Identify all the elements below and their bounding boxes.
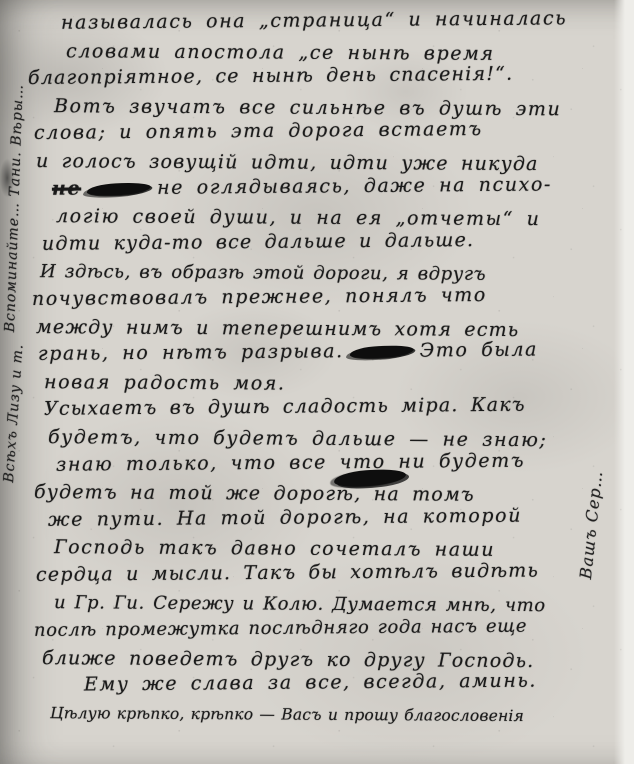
line-continuation: Это была xyxy=(420,339,539,362)
handwritten-line-redacted: нене оглядываясь, даже на психо- xyxy=(26,170,612,203)
handwritten-line: послѣ промежутка послѣдняго года насъ ещ… xyxy=(26,612,612,645)
line-text: грань, но нѣтъ разрыва. xyxy=(38,340,344,365)
handwritten-line: Усыхаетъ въ душѣ сладость міра. Какъ xyxy=(26,391,612,424)
handwritten-line: называлась она „страница“ и начиналась xyxy=(26,5,612,38)
ink-blot xyxy=(85,181,153,196)
marginalia-left-bottom: Всѣхъ Лизу и т. xyxy=(1,362,25,483)
handwritten-line: идти куда-то все дальше и дальше. xyxy=(26,226,612,259)
struck-word: не xyxy=(52,177,81,199)
handwritten-line-redacted: грань, но нѣтъ разрыва.Это была xyxy=(26,336,612,369)
handwritten-line: же пути. На той дорогѣ, на которой xyxy=(26,502,612,535)
letter-body: называлась она „страница“ и начиналась с… xyxy=(26,10,612,727)
paper-edge xyxy=(614,0,634,764)
handwritten-line: знаю только, что все что ни будетъ xyxy=(26,446,612,479)
ink-blot xyxy=(348,345,416,360)
handwritten-line: благопріятное, се нынѣ день спасенія!“. xyxy=(26,60,612,93)
handwritten-line: Цѣлую крѣпко, крѣпко — Васъ и прошу благ… xyxy=(26,700,612,731)
line-continuation: не оглядываясь, даже на психо- xyxy=(157,173,552,198)
handwritten-line: Ему же слава за все, всегда, аминь. xyxy=(26,667,612,700)
handwritten-line: слова; и опять эта дорога встаетъ xyxy=(26,115,612,148)
handwritten-line: почувствовалъ прежнее, понялъ что xyxy=(26,281,612,314)
manuscript-page: называлась она „страница“ и начиналась с… xyxy=(0,0,634,764)
handwritten-line: сердца и мысли. Такъ бы хотѣлъ видѣть xyxy=(26,557,612,590)
